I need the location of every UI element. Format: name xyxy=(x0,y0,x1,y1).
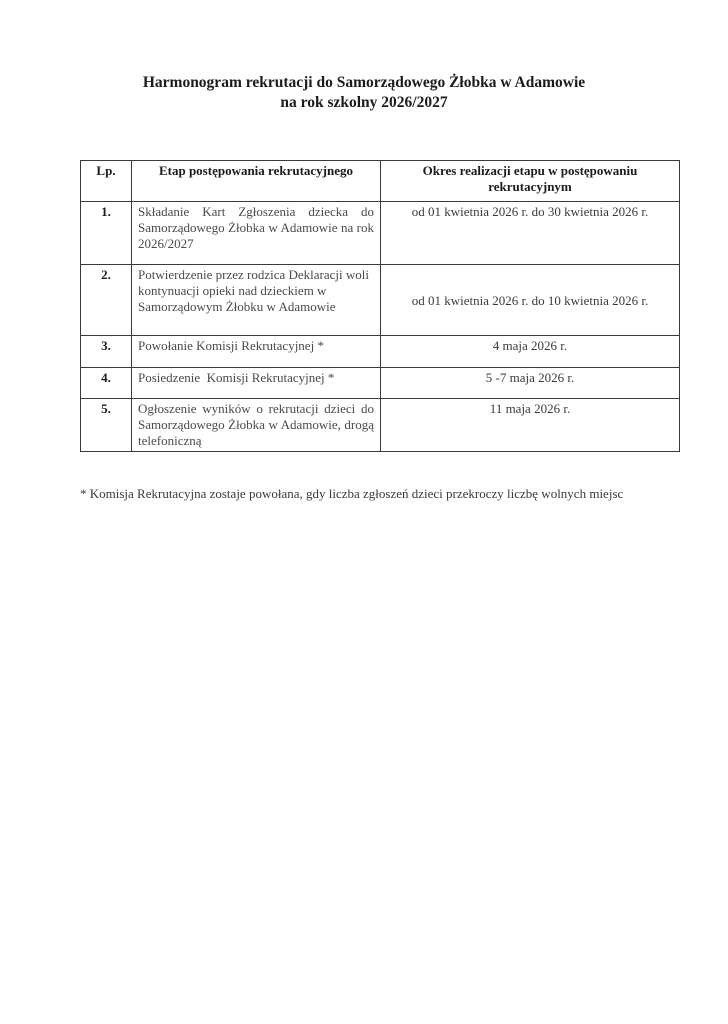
header-stage: Etap postępowania rekrutacyjnego xyxy=(132,161,381,202)
row-lp: 2. xyxy=(81,265,132,336)
table-row: 1. Składanie Kart Zgłoszenia dziecka do … xyxy=(81,202,680,265)
schedule-table: Lp. Etap postępowania rekrutacyjnego Okr… xyxy=(80,160,680,452)
header-lp: Lp. xyxy=(81,161,132,202)
row-lp: 3. xyxy=(81,336,132,368)
footnote: * Komisja Rekrutacyjna zostaje powołana,… xyxy=(80,484,640,504)
row-period: 11 maja 2026 r. xyxy=(381,399,680,452)
row-stage: Ogłoszenie wyników o rekrutacji dzieci d… xyxy=(132,399,381,452)
table-row: 2. Potwierdzenie przez rodzica Deklaracj… xyxy=(81,265,680,336)
row-stage: Powołanie Komisji Rekrutacyjnej * xyxy=(132,336,381,368)
row-stage: Potwierdzenie przez rodzica Deklaracji w… xyxy=(132,265,381,336)
row-stage: Posiedzenie Komisji Rekrutacyjnej * xyxy=(132,368,381,399)
row-lp: 1. xyxy=(81,202,132,265)
title-line-2: na rok szkolny 2026/2027 xyxy=(0,93,728,113)
row-period: od 01 kwietnia 2026 r. do 30 kwietnia 20… xyxy=(381,202,680,265)
table-row: 3. Powołanie Komisji Rekrutacyjnej * 4 m… xyxy=(81,336,680,368)
table-header-row: Lp. Etap postępowania rekrutacyjnego Okr… xyxy=(81,161,680,202)
table-row: 5. Ogłoszenie wyników o rekrutacji dziec… xyxy=(81,399,680,452)
table-row: 4. Posiedzenie Komisji Rekrutacyjnej * 5… xyxy=(81,368,680,399)
title-line-1: Harmonogram rekrutacji do Samorządowego … xyxy=(0,73,728,93)
row-stage: Składanie Kart Zgłoszenia dziecka do Sam… xyxy=(132,202,381,265)
document-title: Harmonogram rekrutacji do Samorządowego … xyxy=(0,73,728,113)
row-period: 5 -7 maja 2026 r. xyxy=(381,368,680,399)
row-lp: 5. xyxy=(81,399,132,452)
row-lp: 4. xyxy=(81,368,132,399)
header-period: Okres realizacji etapu w postępowaniu re… xyxy=(381,161,680,202)
row-period: 4 maja 2026 r. xyxy=(381,336,680,368)
row-period: od 01 kwietnia 2026 r. do 10 kwietnia 20… xyxy=(381,265,680,336)
